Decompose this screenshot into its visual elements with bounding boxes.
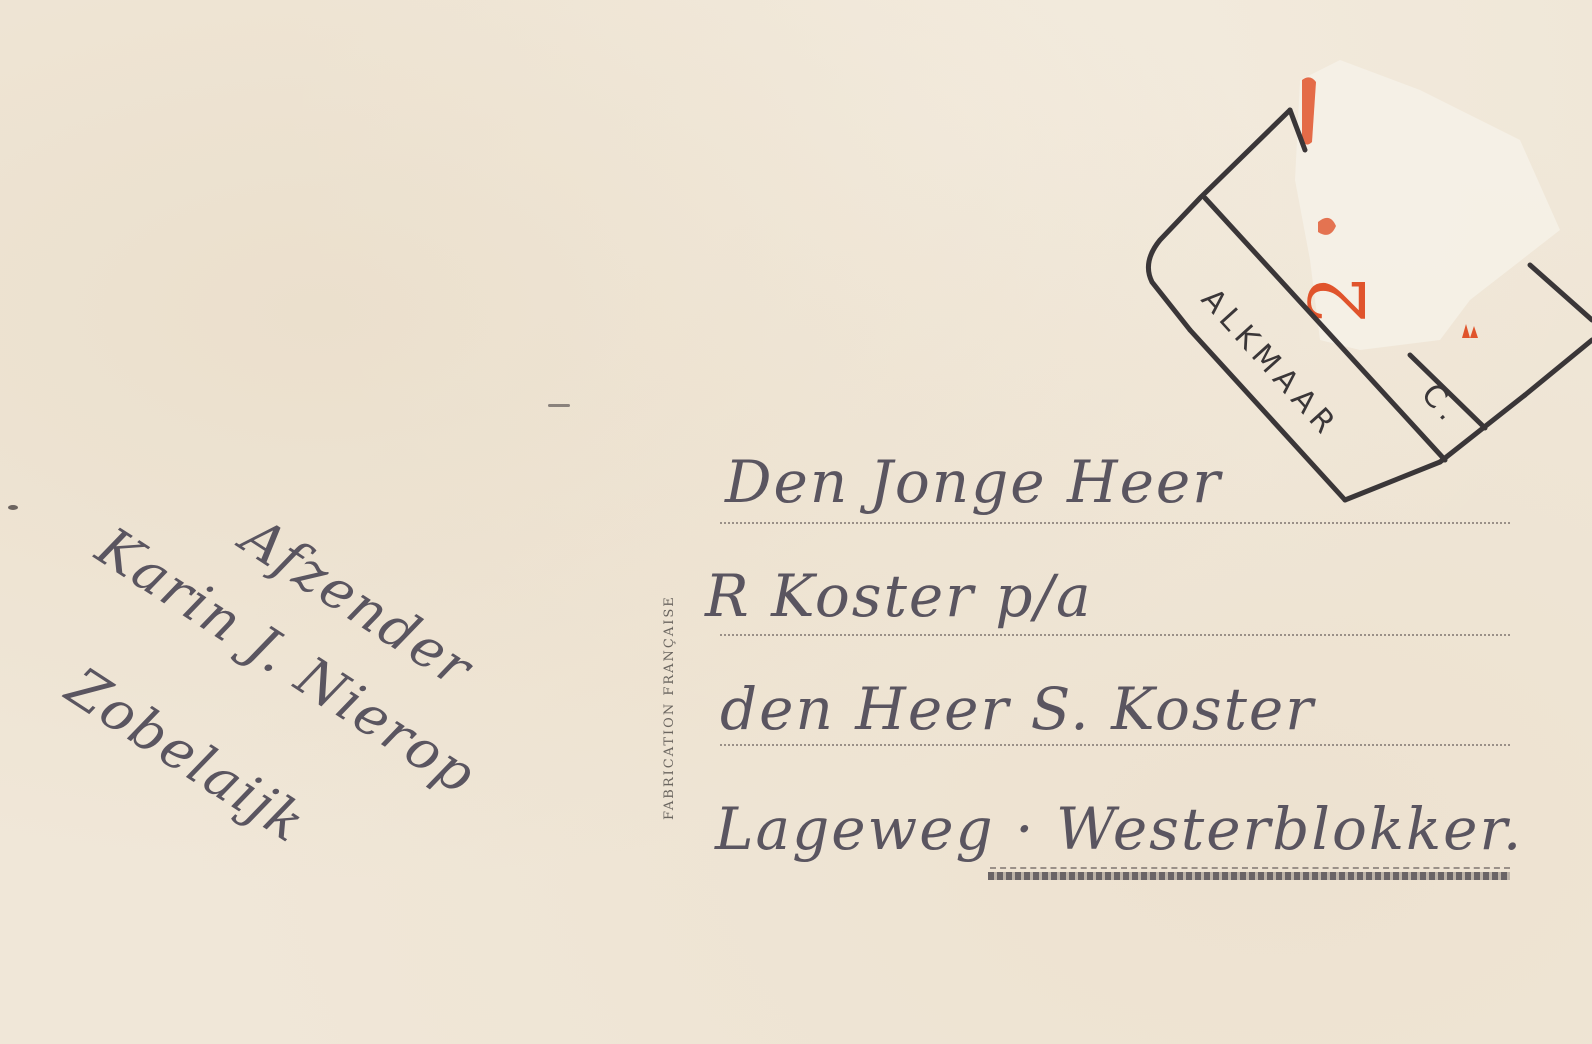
address-line-4: Lageweg · Westerblokker. [715, 795, 1523, 863]
postmark-date-fragment: C. [1414, 377, 1468, 432]
printer-imprint: FABRICATION FRANÇAISE [662, 595, 677, 820]
address-line-1-rule [720, 522, 1510, 524]
address-line-2-rule [720, 634, 1510, 636]
postcard-back: 2 ALKMAAR C. FABRICATION FRANÇAISE Den J… [0, 0, 1592, 1044]
stamp-value-digit: 2 [1294, 274, 1384, 324]
paper-speck [8, 505, 18, 510]
address-line-2: R Koster p/a [705, 562, 1093, 630]
address-line-3-rule [720, 744, 1510, 746]
address-line-4-rule [990, 867, 1510, 869]
paper-mark [548, 404, 570, 407]
address-line-1: Den Jonge Heer [725, 448, 1222, 516]
address-line-3: den Heer S. Koster [720, 675, 1315, 743]
address-line-4-ornamental-rule [988, 872, 1510, 880]
stamp-corner-fragment [1462, 324, 1478, 338]
